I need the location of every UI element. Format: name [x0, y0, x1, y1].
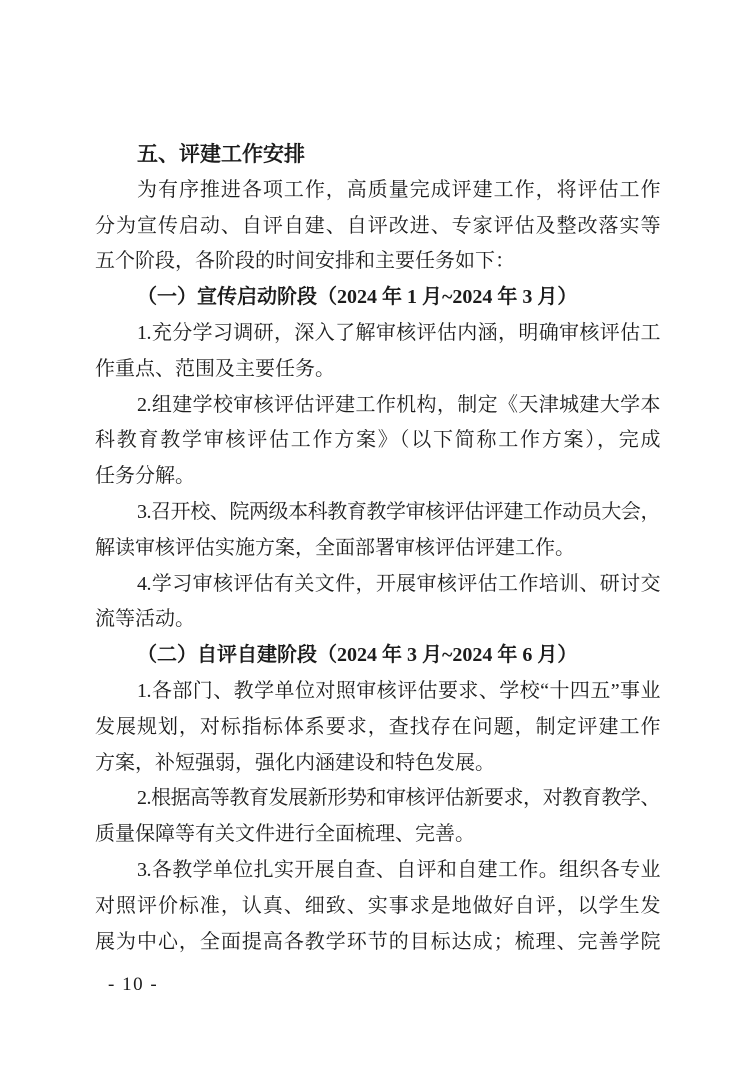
body-text-line: 1.各部门、教学单位对照审核评估要求、学校“十四五”事业: [95, 674, 660, 710]
body-text-line: 3.召开校、院两级本科教育教学审核评估评建工作动员大会，: [95, 495, 660, 531]
body-text-line: 2.组建学校审核评估评建工作机构，制定《天津城建大学本: [95, 388, 660, 424]
body-text-line: 五个阶段，各阶段的时间安排和主要任务如下：: [95, 244, 660, 280]
body-text-line: 科教育教学审核评估工作方案》（以下简称工作方案），完成: [95, 423, 660, 459]
page-number: - 10 -: [108, 974, 158, 996]
body-text-line: 质量保障等有关文件进行全面梳理、完善。: [95, 817, 660, 853]
subsection-heading-2: （二）自评自建阶段（2024 年 3 月~2024 年 6 月）: [95, 638, 660, 674]
document-page: 五、评建工作安排 为有序推进各项工作，高质量完成评建工作，将评估工作 分为宣传启…: [0, 0, 754, 1073]
body-text-line: 作重点、范围及主要任务。: [95, 352, 660, 388]
body-text-line: 方案，补短强弱，强化内涵建设和特色发展。: [95, 746, 660, 782]
body-text-line: 发展规划，对标指标体系要求，查找存在问题，制定评建工作: [95, 710, 660, 746]
document-body: 五、评建工作安排 为有序推进各项工作，高质量完成评建工作，将评估工作 分为宣传启…: [95, 137, 660, 960]
section-heading: 五、评建工作安排: [95, 137, 660, 173]
body-text-line: 为有序推进各项工作，高质量完成评建工作，将评估工作: [95, 173, 660, 209]
body-text-line: 展为中心，全面提高各教学环节的目标达成；梳理、完善学院: [95, 925, 660, 961]
body-text-line: 4.学习审核评估有关文件，开展审核评估工作培训、研讨交: [95, 567, 660, 603]
body-text-line: 流等活动。: [95, 602, 660, 638]
body-text-line: 解读审核评估实施方案，全面部署审核评估评建工作。: [95, 531, 660, 567]
body-text-line: 1.充分学习调研，深入了解审核评估内涵，明确审核评估工: [95, 316, 660, 352]
body-text-line: 2.根据高等教育发展新形势和审核评估新要求，对教育教学、: [95, 781, 660, 817]
body-text-line: 分为宣传启动、自评自建、自评改进、专家评估及整改落实等: [95, 209, 660, 245]
body-text-line: 3.各教学单位扎实开展自查、自评和自建工作。组织各专业: [95, 853, 660, 889]
body-text-line: 任务分解。: [95, 459, 660, 495]
subsection-heading-1: （一）宣传启动阶段（2024 年 1 月~2024 年 3 月）: [95, 280, 660, 316]
body-text-line: 对照评价标准，认真、细致、实事求是地做好自评，以学生发: [95, 889, 660, 925]
